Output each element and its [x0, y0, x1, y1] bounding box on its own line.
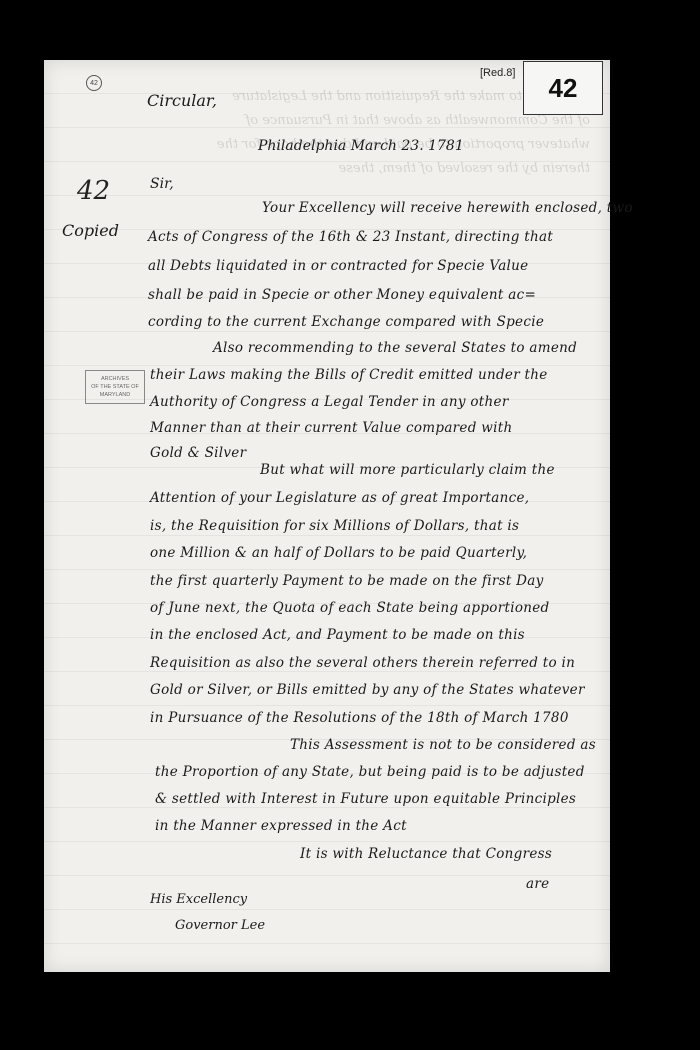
bleed-line: of the Commonwealth as above that in Pur… — [64, 109, 590, 133]
body-line: of June next, the Quota of each State be… — [150, 600, 549, 616]
archives-stamp: ARCHIVES OF THE STATE OF MARYLAND — [85, 370, 145, 404]
margin-note-copied: Copied — [62, 221, 119, 240]
document-page: employed to make the Requisition and the… — [44, 60, 610, 972]
body-line: & settled with Interest in Future upon e… — [155, 791, 576, 807]
stamp-line: ARCHIVES — [101, 375, 129, 383]
body-line: in Pursuance of the Resolutions of the 1… — [150, 710, 569, 726]
bleed-line: employed to make the Requisition and the… — [64, 85, 590, 109]
body-line: It is with Reluctance that Congress — [300, 846, 552, 862]
body-line: Also recommending to the several States … — [213, 340, 577, 356]
body-line: Authority of Congress a Legal Tender in … — [150, 394, 509, 410]
body-line: Requisition as also the several others t… — [150, 655, 575, 671]
bleed-line: therein by the resolved of them, these — [64, 157, 590, 181]
margin-folio-number: 42 — [77, 176, 110, 206]
body-line: Gold & Silver — [150, 445, 246, 461]
body-line: the Proportion of any State, but being p… — [155, 764, 585, 780]
body-line: in the enclosed Act, and Payment to be m… — [150, 627, 525, 643]
body-line: But what will more particularly claim th… — [260, 462, 555, 478]
body-line: their Laws making the Bills of Credit em… — [150, 367, 548, 383]
body-line: shall be paid in Specie or other Money e… — [148, 287, 536, 303]
body-line: one Million & an half of Dollars to be p… — [150, 545, 527, 561]
body-line: cording to the current Exchange compared… — [148, 314, 544, 330]
catchword: are — [526, 876, 549, 892]
body-line: Gold or Silver, or Bills emitted by any … — [150, 682, 585, 698]
body-line: Your Excellency will receive herewith en… — [262, 200, 633, 216]
body-line: in the Manner expressed in the Act — [155, 818, 407, 834]
body-line: This Assessment is not to be considered … — [290, 737, 596, 753]
body-line: Manner than at their current Value compa… — [150, 420, 512, 436]
place-date: Philadelphia March 23. 1781 — [258, 138, 464, 154]
addressee-name: Governor Lee — [175, 918, 265, 933]
circular-heading: Circular, — [147, 91, 217, 110]
page-number-tag: 42 — [523, 61, 603, 115]
body-line: all Debts liquidated in or contracted fo… — [148, 258, 528, 274]
salutation: Sir, — [150, 176, 174, 192]
circled-folio-number: 42 — [86, 75, 102, 91]
stamp-line: MARYLAND — [100, 391, 130, 399]
body-line: Acts of Congress of the 16th & 23 Instan… — [148, 229, 553, 245]
addressee-title: His Excellency — [150, 892, 247, 907]
body-line: the first quarterly Payment to be made o… — [150, 573, 544, 589]
body-line: Attention of your Legislature as of grea… — [150, 490, 529, 506]
reference-label: [Red.8] — [480, 67, 515, 79]
stamp-line: OF THE STATE OF — [91, 383, 139, 391]
body-line: is, the Requisition for six Millions of … — [150, 518, 519, 534]
